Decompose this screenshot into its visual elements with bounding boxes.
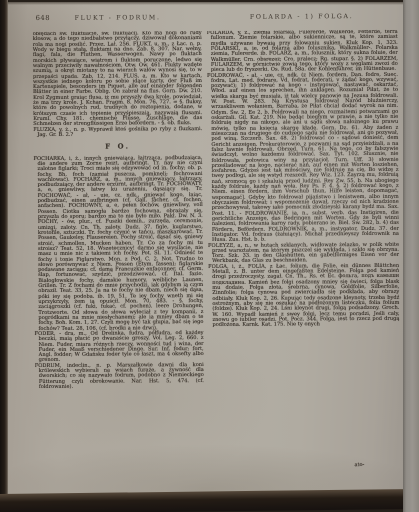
entry-foldrowac: FOLDROWAĆ, - ał, - uie, cz. ndk. (z Niem… [207,72,399,243]
entry-fodrum: FODRUM, indeclin., n. p. Marszałkowie da… [35,363,204,391]
book-page-scan: 648 FLUKT - FODRUM. FOLARDA - 1) FOLGA. … [0,0,419,512]
entry-folarda-folarz: FOLARDA, y, ż., ziemia folarska, Fülerer… [207,30,398,74]
scan-edge-left [0,0,8,512]
entry-fluzka: FLUZKA, y, ż., n. p. Wyprawił ktoś gośni… [33,127,202,139]
page-content: 648 FLUKT - FODRUM. FOLARDA - 1) FOLGA. … [7,2,403,494]
running-head-left: FLUKT - FODRUM. [34,14,202,22]
entry-folga: FOLGA, i, ż., FOLIA, z Łac. folium, die … [208,264,399,329]
entry-focharka-fochy: FOCHARKA, i, ż., innych gniewaiąca, łajt… [33,156,203,332]
running-head-right: FOLARDA - 1) FOLGA. [206,13,398,21]
left-column: obłędach św. fluktuacie, św. fluktuacij.… [33,31,205,464]
right-column: FOLARDA, y, ż., ziemia folarska, Fülerer… [207,30,401,459]
entry-flukt-flus: obłędach św. fluktuacie, św. fluktuacij.… [33,31,203,128]
scan-edge-bottom [0,489,404,512]
section-heading-fo: F O. [33,144,202,150]
entry-foleyze: FOLEYZE, a, n., w hutach szklanych, widł… [208,242,399,264]
paper-page: 648 FLUKT - FODRUM. FOLARDA - 1) FOLGA. … [7,2,403,494]
catchword: ato- [209,462,364,469]
page-edge-right [403,0,419,512]
entry-foder: FODER, - dra, m., Od Drelinka, fudra, pó… [35,331,204,364]
